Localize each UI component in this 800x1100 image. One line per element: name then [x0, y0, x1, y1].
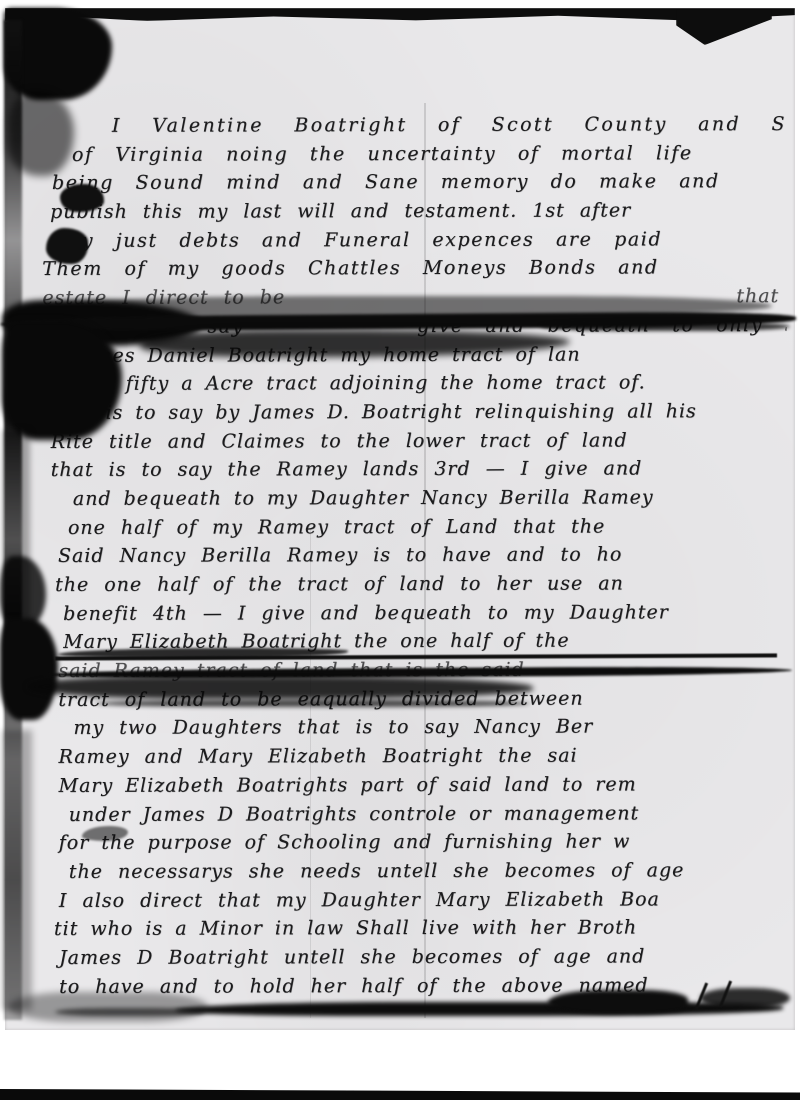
- handwritten-line: publish this my last will and testament.…: [42, 196, 786, 227]
- handwritten-line: and bequeath to my Daughter Nancy Berill…: [43, 483, 787, 514]
- handwritten-text-block: I Valentine Boatright of Scott County an…: [42, 110, 788, 1001]
- handwritten-line: Ramey and Mary Elizabeth Boatright the s…: [43, 741, 787, 772]
- handwritten-line: Them of my goods Chattles Moneys Bonds a…: [42, 253, 786, 284]
- handwritten-line: I also direct that my Daughter Mary Eliz…: [44, 885, 788, 916]
- handwritten-line: for the purpose of Schooling and furnish…: [44, 827, 788, 858]
- handwritten-line-struck: Mary Elizabeth Boatright the one half of…: [43, 626, 787, 657]
- handwritten-line-smeared: say give and bequeath to only Son: [42, 311, 786, 342]
- handwritten-line: that is to say by James D. Boatright rel…: [43, 397, 787, 428]
- handwritten-line: being Sound mind and Sane memory do make…: [42, 167, 786, 198]
- handwritten-line: benefit 4th — I give and bequeath to my …: [43, 598, 787, 629]
- handwritten-line: tit who is a Minor in law Shall live wit…: [44, 913, 788, 944]
- handwritten-line: that is to say the Ramey lands 3rd — I g…: [43, 454, 787, 485]
- handwritten-line: of Virginia noing the uncertainty of mor…: [42, 139, 786, 170]
- handwritten-line: my just debts and Funeral expences are p…: [42, 225, 786, 256]
- handwritten-line: Said Nancy Berilla Ramey is to have and …: [43, 540, 787, 571]
- handwritten-line: Mary Elizabeth Boatrights part of said l…: [44, 770, 788, 801]
- handwritten-line: and a fifty a Acre tract adjoining the h…: [43, 368, 787, 399]
- scanned-document-view: I Valentine Boatright of Scott County an…: [0, 0, 800, 1100]
- handwritten-line: the one half of the tract of land to her…: [43, 569, 787, 600]
- handwritten-line: James Daniel Boatright my home tract of …: [42, 340, 786, 371]
- handwritten-line: my two Daughters that is to say Nancy Be…: [43, 712, 787, 743]
- handwritten-line: under James D Boatrights controle or man…: [44, 799, 788, 830]
- handwritten-line: I Valentine Boatright of Scott County an…: [42, 110, 786, 141]
- handwritten-line: tract of land to be eaqually divided bet…: [43, 684, 787, 715]
- handwritten-line: to have and to hold her half of the abov…: [44, 971, 788, 1002]
- handwritten-line-smeared: said Ramey tract of land that is the sai…: [43, 655, 787, 686]
- handwritten-line: Rite title and Claimes to the lower trac…: [43, 426, 787, 457]
- handwritten-line: James D Boatright untell she becomes of …: [44, 942, 788, 973]
- handwritten-line-smeared: estate I direct to be that: [42, 282, 786, 313]
- handwritten-line: the necessarys she needs untell she beco…: [44, 856, 788, 887]
- handwritten-line: one half of my Ramey tract of Land that …: [43, 512, 787, 543]
- document-page: I Valentine Boatright of Scott County an…: [5, 8, 795, 1030]
- bottom-scanner-bar: [0, 1088, 800, 1100]
